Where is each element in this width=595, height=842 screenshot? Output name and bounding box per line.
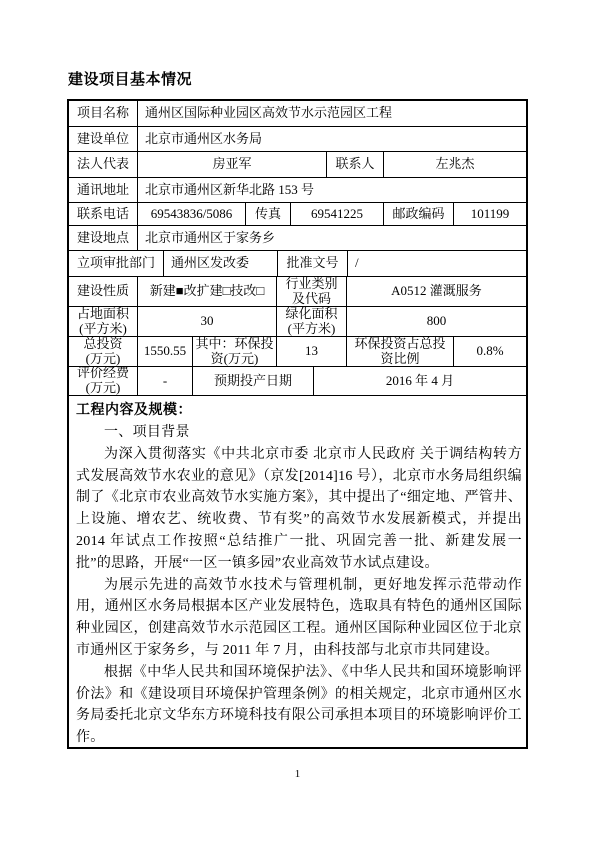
- fax-value: 69541225: [291, 203, 384, 225]
- expected-operation-date-value: 2016 年 4 月: [314, 367, 526, 395]
- section-title: 建设项目基本情况: [68, 68, 192, 89]
- paragraph-regulation: 根据《中华人民共和国环境保护法》、《中华人民共和国环境影响评价法》和《建设项目环…: [76, 662, 522, 747]
- row-approval: 立项审批部门 通州区发改委 批准文号 /: [69, 251, 526, 277]
- legal-representative-value: 房亚军: [138, 152, 327, 177]
- row-construction-nature: 建设性质 新建■改扩建□技改□ 行业类别 及代码 A0512 灌溉服务: [69, 277, 526, 307]
- evaluation-fee-label: 评价经费 (万元): [69, 367, 138, 395]
- project-name-value: 通州区国际种业园区高效节水示范园区工程: [138, 101, 526, 126]
- fax-label: 传真: [246, 203, 291, 225]
- page-number: 1: [0, 768, 595, 780]
- total-investment-label: 总投资 (万元): [69, 337, 138, 366]
- approval-document-no-value: /: [348, 251, 526, 276]
- industry-category-label: 行业类别 及代码: [277, 277, 347, 306]
- row-evaluation-fee: 评价经费 (万元) - 预期投产日期 2016 年 4 月: [69, 367, 526, 396]
- postal-code-label: 邮政编码: [384, 203, 454, 225]
- mailing-address-label: 通讯地址: [69, 178, 138, 202]
- green-area-value: 800: [347, 307, 526, 336]
- approval-department-label: 立项审批部门: [69, 251, 164, 276]
- contact-person-label: 联系人: [327, 152, 384, 177]
- row-investment: 总投资 (万元) 1550.55 其中：环保投 资(万元) 13 环保投资占总投…: [69, 337, 526, 367]
- industry-category-value: A0512 灌溉服务: [347, 277, 526, 306]
- env-investment-ratio-value: 0.8%: [454, 337, 526, 366]
- env-investment-value: 13: [277, 337, 347, 366]
- approval-document-no-label: 批准文号: [278, 251, 348, 276]
- contact-phone-value: 69543836/5086: [138, 203, 246, 225]
- approval-department-value: 通州区发改委: [164, 251, 278, 276]
- env-investment-label: 其中：环保投 资(万元): [193, 337, 277, 366]
- paragraph-demonstration: 为展示先进的高效节水技术与管理机制，更好地发挥示范带动作用，通州区水务局根据本区…: [76, 575, 522, 662]
- construction-site-label: 建设地点: [69, 226, 138, 250]
- row-contact-phone: 联系电话 69543836/5086 传真 69541225 邮政编码 1011…: [69, 203, 526, 226]
- row-area: 占地面积 (平方米) 30 绿化面积 (平方米) 800: [69, 307, 526, 337]
- row-construction-site: 建设地点 北京市通州区于家务乡: [69, 226, 526, 251]
- construction-unit-label: 建设单位: [69, 127, 138, 151]
- total-investment-value: 1550.55: [138, 337, 193, 366]
- construction-site-value: 北京市通州区于家务乡: [138, 226, 526, 250]
- paragraph-background-heading: 一、项目背景: [76, 422, 522, 444]
- paragraph-policy: 为深入贯彻落实《中共北京市委 北京市人民政府 关于调结构转方式发展高效节水农业的…: [76, 444, 522, 575]
- expected-operation-date-label: 预期投产日期: [193, 367, 314, 395]
- mailing-address-value: 北京市通州区新华北路 153 号: [138, 178, 526, 202]
- land-area-label: 占地面积 (平方米): [69, 307, 138, 336]
- project-content-heading: 工程内容及规模：: [76, 400, 522, 422]
- row-project-content: 工程内容及规模： 一、项目背景 为深入贯彻落实《中共北京市委 北京市人民政府 关…: [69, 396, 526, 747]
- project-name-label: 项目名称: [69, 101, 138, 126]
- green-area-label: 绿化面积 (平方米): [277, 307, 347, 336]
- project-content-cell: 工程内容及规模： 一、项目背景 为深入贯彻落实《中共北京市委 北京市人民政府 关…: [69, 396, 526, 747]
- construction-unit-value: 北京市通州区水务局: [138, 127, 526, 151]
- land-area-value: 30: [138, 307, 277, 336]
- contact-person-value: 左兆杰: [384, 152, 526, 177]
- row-project-name: 项目名称 通州区国际种业园区高效节水示范园区工程: [69, 101, 526, 127]
- evaluation-fee-value: -: [138, 367, 193, 395]
- project-info-table: 项目名称 通州区国际种业园区高效节水示范园区工程 建设单位 北京市通州区水务局 …: [67, 99, 528, 749]
- row-construction-unit: 建设单位 北京市通州区水务局: [69, 127, 526, 152]
- construction-nature-label: 建设性质: [69, 277, 138, 306]
- contact-phone-label: 联系电话: [69, 203, 138, 225]
- postal-code-value: 101199: [454, 203, 526, 225]
- row-legal-representative: 法人代表 房亚军 联系人 左兆杰: [69, 152, 526, 178]
- legal-representative-label: 法人代表: [69, 152, 138, 177]
- document-page: 建设项目基本情况 项目名称 通州区国际种业园区高效节水示范园区工程 建设单位 北…: [0, 0, 595, 842]
- construction-nature-checkboxes: 新建■改扩建□技改□: [138, 277, 277, 306]
- row-mailing-address: 通讯地址 北京市通州区新华北路 153 号: [69, 178, 526, 203]
- env-investment-ratio-label: 环保投资占总投 资比例: [347, 337, 454, 366]
